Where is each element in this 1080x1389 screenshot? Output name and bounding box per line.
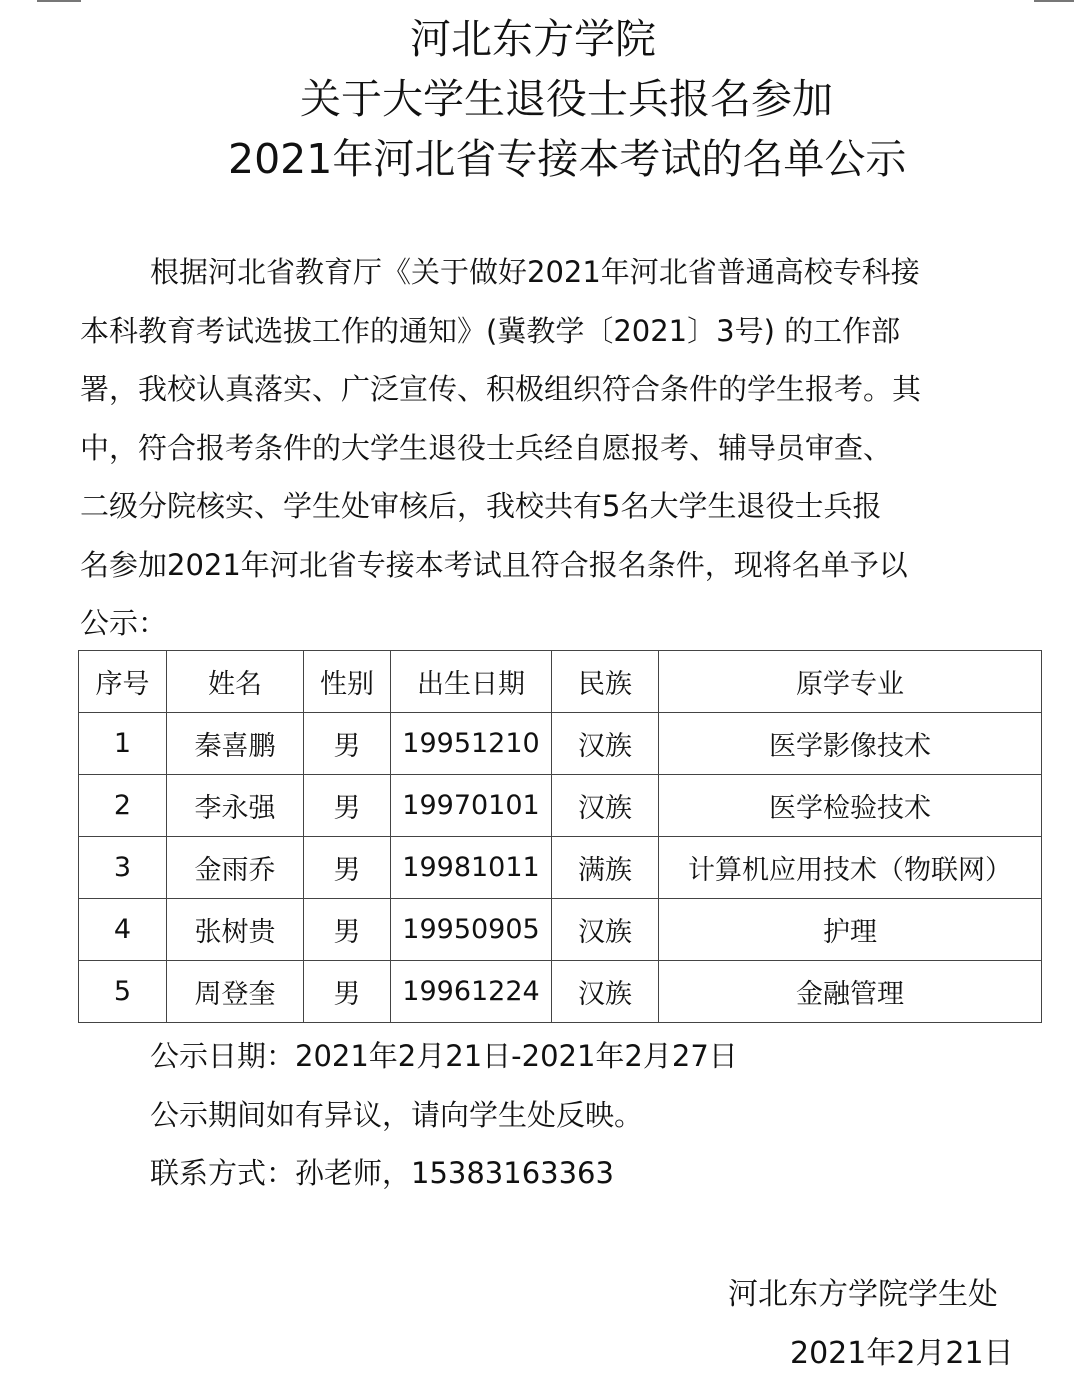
header-birth-date: 出生日期 xyxy=(391,651,552,713)
paragraph-line: 公示： xyxy=(80,594,1040,653)
cell-name: 秦喜鹏 xyxy=(167,713,304,775)
cell-birth-date: 19970101 xyxy=(391,775,552,837)
cell-ethnicity: 汉族 xyxy=(552,961,659,1023)
top-edge-mark-left xyxy=(37,0,81,2)
table-row: 5 周登奎 男 19961224 汉族 金融管理 xyxy=(79,961,1042,1023)
cell-birth-date: 19981011 xyxy=(391,837,552,899)
header-ethnicity: 民族 xyxy=(552,651,659,713)
contact-info: 联系方式：孙老师，15383163363 xyxy=(150,1153,614,1193)
paragraph-line: 根据河北省教育厅《关于做好2021年河北省普通高校专科接 xyxy=(80,243,1040,302)
notice-period: 公示日期：2021年2月21日-2021年2月27日 xyxy=(150,1036,738,1076)
cell-gender: 男 xyxy=(304,837,391,899)
paragraph-line: 中，符合报考条件的大学生退役士兵经自愿报考、辅导员审查、 xyxy=(80,419,1040,478)
cell-gender: 男 xyxy=(304,775,391,837)
cell-ethnicity: 汉族 xyxy=(552,713,659,775)
cell-name: 李永强 xyxy=(167,775,304,837)
paragraph-line: 署，我校认真落实、广泛宣传、积极组织符合条件的学生报考。其 xyxy=(80,360,1040,419)
header-major: 原学专业 xyxy=(659,651,1042,713)
cell-major: 医学检验技术 xyxy=(659,775,1042,837)
cell-major: 金融管理 xyxy=(659,961,1042,1023)
cell-gender: 男 xyxy=(304,713,391,775)
title-line-1: 河北东方学院 xyxy=(410,14,656,64)
cell-no: 3 xyxy=(79,837,167,899)
paragraph-line: 名参加2021年河北省专接本考试且符合报名条件，现将名单予以 xyxy=(80,536,1040,595)
table-row: 3 金雨乔 男 19981011 满族 计算机应用技术（物联网） xyxy=(79,837,1042,899)
cell-no: 5 xyxy=(79,961,167,1023)
cell-major: 护理 xyxy=(659,899,1042,961)
objection-note: 公示期间如有异议，请向学生处反映。 xyxy=(150,1095,643,1135)
cell-name: 金雨乔 xyxy=(167,837,304,899)
paragraph-line: 二级分院核实、学生处审核后，我校共有5名大学生退役士兵报 xyxy=(80,477,1040,536)
header-gender: 性别 xyxy=(304,651,391,713)
header-name: 姓名 xyxy=(167,651,304,713)
cell-ethnicity: 汉族 xyxy=(552,899,659,961)
cell-no: 1 xyxy=(79,713,167,775)
table-row: 1 秦喜鹏 男 19951210 汉族 医学影像技术 xyxy=(79,713,1042,775)
cell-ethnicity: 满族 xyxy=(552,837,659,899)
issue-date: 2021年2月21日 xyxy=(790,1334,1014,1374)
header-no: 序号 xyxy=(79,651,167,713)
title-line-2: 关于大学生退役士兵报名参加 xyxy=(300,74,833,124)
table-row: 2 李永强 男 19970101 汉族 医学检验技术 xyxy=(79,775,1042,837)
body-paragraph: 根据河北省教育厅《关于做好2021年河北省普通高校专科接 本科教育考试选拔工作的… xyxy=(80,243,1040,653)
veteran-roster-table: 序号 姓名 性别 出生日期 民族 原学专业 1 秦喜鹏 男 19951210 汉… xyxy=(78,650,1042,1023)
cell-no: 2 xyxy=(79,775,167,837)
top-edge-mark-right xyxy=(1034,0,1074,2)
cell-birth-date: 19961224 xyxy=(391,961,552,1023)
cell-major: 计算机应用技术（物联网） xyxy=(659,837,1042,899)
cell-birth-date: 19950905 xyxy=(391,899,552,961)
issuer-signature: 河北东方学院学生处 xyxy=(728,1275,998,1315)
cell-name: 周登奎 xyxy=(167,961,304,1023)
cell-ethnicity: 汉族 xyxy=(552,775,659,837)
cell-name: 张树贵 xyxy=(167,899,304,961)
table-row: 4 张树贵 男 19950905 汉族 护理 xyxy=(79,899,1042,961)
cell-gender: 男 xyxy=(304,961,391,1023)
cell-gender: 男 xyxy=(304,899,391,961)
cell-no: 4 xyxy=(79,899,167,961)
cell-major: 医学影像技术 xyxy=(659,713,1042,775)
paragraph-line: 本科教育考试选拔工作的通知》(冀教学〔2021〕3号) 的工作部 xyxy=(80,302,1040,361)
title-line-3: 2021年河北省专接本考试的名单公示 xyxy=(228,134,906,184)
table-header-row: 序号 姓名 性别 出生日期 民族 原学专业 xyxy=(79,651,1042,713)
cell-birth-date: 19951210 xyxy=(391,713,552,775)
